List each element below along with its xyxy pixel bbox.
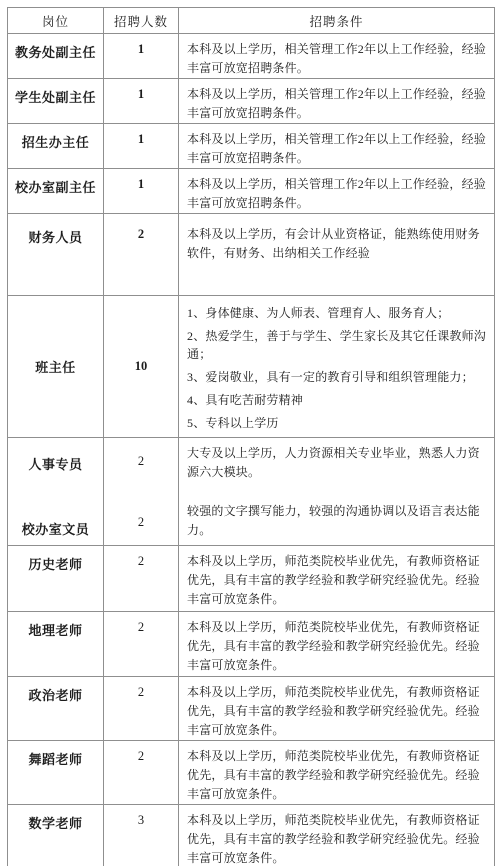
count-cell: 1 xyxy=(104,34,179,79)
position-cell: 历史老师 xyxy=(8,546,104,612)
count-value: 2 xyxy=(104,454,178,469)
table-row: 财务人员 2 本科及以上学历，有会计从业资格证，能熟练使用财务软件，有财务、出纳… xyxy=(8,214,495,296)
count-cell: 2 xyxy=(104,612,179,677)
table-row: 班主任 10 1、身体健康、为人师表、管理育人、服务育人； 2、热爱学生，善于与… xyxy=(8,296,495,438)
table-row: 地理老师 2 本科及以上学历，师范类院校毕业优先，有教师资格证优先，具有丰富的教… xyxy=(8,612,495,677)
position-label: 人事专员 xyxy=(8,454,103,473)
header-conditions: 招聘条件 xyxy=(179,8,495,34)
position-cell: 班主任 xyxy=(8,296,104,438)
conditions-cell: 本科及以上学历，师范类院校毕业优先，有教师资格证优先，具有丰富的教学经验和教学研… xyxy=(179,677,495,741)
table-header-row: 岗位 招聘人数 招聘条件 xyxy=(8,8,495,34)
table-row: 政治老师 2 本科及以上学历，师范类院校毕业优先，有教师资格证优先，具有丰富的教… xyxy=(8,677,495,741)
conditions-cell: 本科及以上学历，相关管理工作2年以上工作经验，经验丰富可放宽招聘条件。 xyxy=(179,34,495,79)
count-cell: 1 xyxy=(104,79,179,124)
count-cell: 2 xyxy=(104,741,179,805)
conditions-cell: 本科及以上学历，师范类院校毕业优先，有教师资格证优先，具有丰富的教学经验和教学研… xyxy=(179,741,495,805)
count-value: 2 xyxy=(104,515,178,530)
table-row: 人事专员 校办室文员 2 2 大专及以上学历，人力资源相关专业毕业，熟悉人力资源… xyxy=(8,438,495,546)
count-cell: 10 xyxy=(104,296,179,438)
conditions-cell: 本科及以上学历，相关管理工作2年以上工作经验，经验丰富可放宽招聘条件。 xyxy=(179,79,495,124)
table-row: 学生处副主任 1 本科及以上学历，相关管理工作2年以上工作经验，经验丰富可放宽招… xyxy=(8,79,495,124)
conditions-cell: 本科及以上学历，师范类院校毕业优先，有教师资格证优先，具有丰富的教学经验和教学研… xyxy=(179,805,495,866)
position-cell: 地理老师 xyxy=(8,612,104,677)
table-row: 招生办主任 1 本科及以上学历，相关管理工作2年以上工作经验，经验丰富可放宽招聘… xyxy=(8,124,495,169)
table-row: 校办室副主任 1 本科及以上学历，相关管理工作2年以上工作经验，经验丰富可放宽招… xyxy=(8,169,495,214)
table-row: 历史老师 2 本科及以上学历，师范类院校毕业优先，有教师资格证优先，具有丰富的教… xyxy=(8,546,495,612)
conditions-cell: 本科及以上学历，师范类院校毕业优先，有教师资格证优先，具有丰富的教学经验和教学研… xyxy=(179,546,495,612)
position-cell: 教务处副主任 xyxy=(8,34,104,79)
count-cell: 2 2 xyxy=(104,438,179,546)
table-row: 教务处副主任 1 本科及以上学历，相关管理工作2年以上工作经验，经验丰富可放宽招… xyxy=(8,34,495,79)
count-cell: 2 xyxy=(104,214,179,296)
header-position: 岗位 xyxy=(8,8,104,34)
document-page: 岗位 招聘人数 招聘条件 教务处副主任 1 本科及以上学历，相关管理工作2年以上… xyxy=(0,0,502,866)
count-cell: 2 xyxy=(104,546,179,612)
condition-list-item: 4、具有吃苦耐劳精神 xyxy=(187,391,488,409)
condition-text: 较强的文字撰写能力，较强的沟通协调以及语言表达能力。 xyxy=(187,502,488,540)
conditions-cell: 大专及以上学历，人力资源相关专业毕业，熟悉人力资源六大模块。 较强的文字撰写能力… xyxy=(179,438,495,546)
position-cell: 政治老师 xyxy=(8,677,104,741)
position-cell: 财务人员 xyxy=(8,214,104,296)
position-cell: 校办室副主任 xyxy=(8,169,104,214)
position-cell: 舞蹈老师 xyxy=(8,741,104,805)
condition-list-item: 5、专科以上学历 xyxy=(187,414,488,432)
condition-list-item: 3、爱岗敬业，具有一定的教育引导和组织管理能力； xyxy=(187,368,488,386)
table-row: 数学老师 3 本科及以上学历，师范类院校毕业优先，有教师资格证优先，具有丰富的教… xyxy=(8,805,495,866)
count-cell: 3 xyxy=(104,805,179,866)
conditions-cell: 1、身体健康、为人师表、管理育人、服务育人； 2、热爱学生，善于与学生、学生家长… xyxy=(179,296,495,438)
condition-list-item: 2、热爱学生，善于与学生、学生家长及其它任课教师沟通； xyxy=(187,327,488,363)
count-cell: 1 xyxy=(104,124,179,169)
position-cell: 学生处副主任 xyxy=(8,79,104,124)
count-cell: 1 xyxy=(104,169,179,214)
recruitment-table: 岗位 招聘人数 招聘条件 教务处副主任 1 本科及以上学历，相关管理工作2年以上… xyxy=(7,7,495,866)
count-cell: 2 xyxy=(104,677,179,741)
position-cell: 人事专员 校办室文员 xyxy=(8,438,104,546)
position-cell: 招生办主任 xyxy=(8,124,104,169)
position-cell: 数学老师 xyxy=(8,805,104,866)
conditions-cell: 本科及以上学历，师范类院校毕业优先，有教师资格证优先，具有丰富的教学经验和教学研… xyxy=(179,612,495,677)
conditions-cell: 本科及以上学历，有会计从业资格证，能熟练使用财务软件，有财务、出纳相关工作经验 xyxy=(179,214,495,296)
condition-list-item: 1、身体健康、为人师表、管理育人、服务育人； xyxy=(187,304,488,322)
conditions-cell: 本科及以上学历，相关管理工作2年以上工作经验，经验丰富可放宽招聘条件。 xyxy=(179,124,495,169)
conditions-cell: 本科及以上学历，相关管理工作2年以上工作经验，经验丰富可放宽招聘条件。 xyxy=(179,169,495,214)
position-label: 校办室文员 xyxy=(8,519,103,538)
header-count: 招聘人数 xyxy=(104,8,179,34)
condition-text: 大专及以上学历，人力资源相关专业毕业，熟悉人力资源六大模块。 xyxy=(187,444,488,482)
table-row: 舞蹈老师 2 本科及以上学历，师范类院校毕业优先，有教师资格证优先，具有丰富的教… xyxy=(8,741,495,805)
